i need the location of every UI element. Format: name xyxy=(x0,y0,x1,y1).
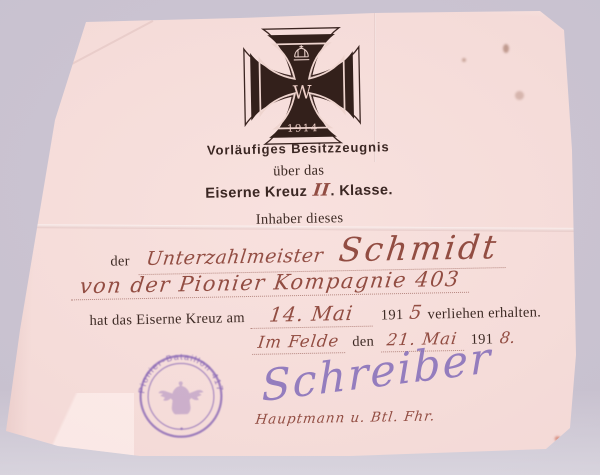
award-name: Eiserne Kreuz xyxy=(205,184,307,202)
award-year-printed: 191 xyxy=(381,307,404,324)
year-1914: 1914 xyxy=(287,123,319,135)
award-sentence-pre: hat das Eiserne Kreuz am xyxy=(89,310,245,330)
place-fill-in: Im Felde xyxy=(252,331,346,355)
signer-title-handwritten: Hauptmann u. Btl. Fhr. xyxy=(254,408,436,427)
unit-stamp: Pionier-Bataillon 417 xyxy=(133,348,229,444)
holder-line: Inhaber dieses xyxy=(0,205,600,234)
rank-handwritten: Unterzahlmeister xyxy=(145,245,325,270)
eagle-icon xyxy=(158,381,204,415)
award-class-handwritten: II xyxy=(311,180,330,200)
issue-year-digit-handwritten: 8. xyxy=(499,328,517,347)
signer-title: Hauptmann u. Btl. Fhr. xyxy=(255,407,435,428)
award-date-line: hat das Eiserne Kreuz am 14. Mai 1915 ve… xyxy=(89,297,541,332)
award-sentence-post: verliehen erhalten. xyxy=(427,304,541,323)
monogram-w: W xyxy=(293,82,312,103)
award-year-digit-handwritten: 5 xyxy=(408,302,423,324)
award-date-fill-in: 14. Mai xyxy=(251,301,373,329)
certificate-content: W 1914 Vorläufiges Besitzzeugnis über da… xyxy=(0,0,600,475)
award-class-suffix: . Klasse. xyxy=(330,182,393,199)
iron-cross-emblem: W 1914 xyxy=(239,24,365,148)
place-handwritten: Im Felde xyxy=(257,331,341,352)
certificate-paper: W 1914 Vorläufiges Besitzzeugnis über da… xyxy=(0,0,600,475)
award-date-handwritten: 14. Mai xyxy=(268,301,355,327)
rank-prefix: der xyxy=(110,253,130,270)
surname-handwritten: Schmidt xyxy=(337,227,501,269)
